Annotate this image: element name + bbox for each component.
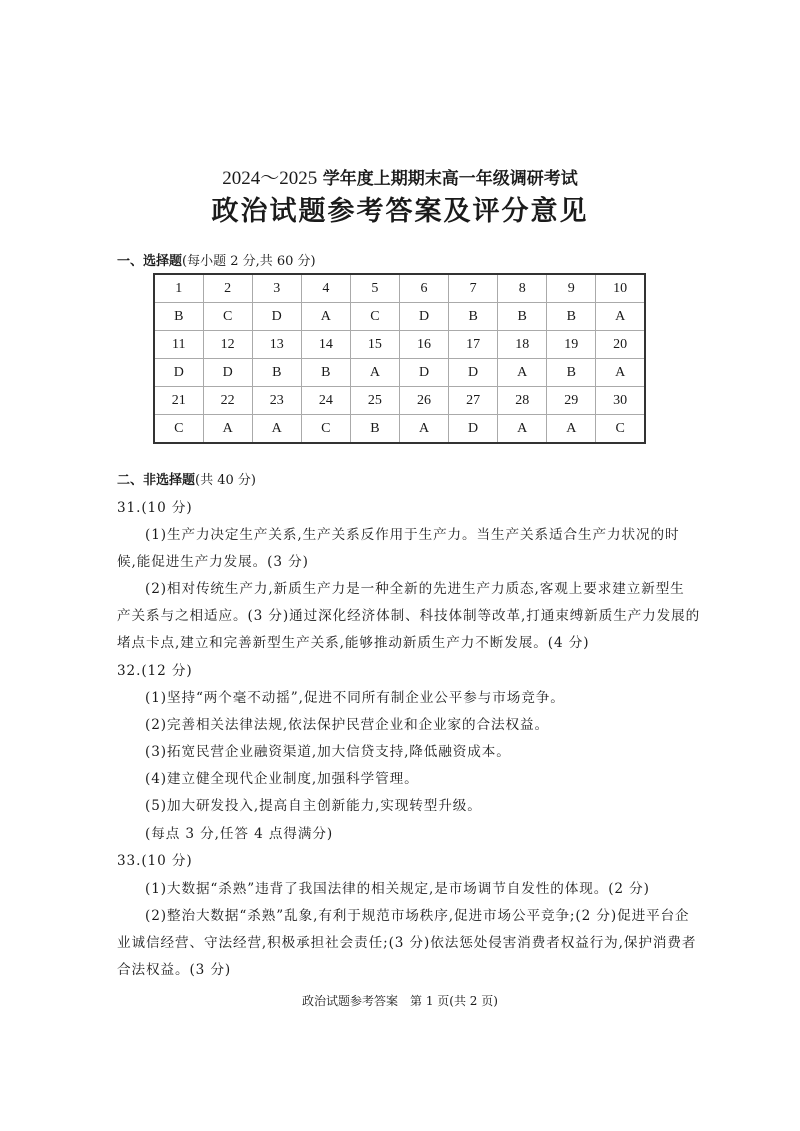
answer-cell: B bbox=[547, 359, 596, 387]
question-number: 4 bbox=[301, 274, 350, 303]
answer-cell: A bbox=[596, 303, 645, 331]
answer-cell: C bbox=[350, 303, 399, 331]
answer-cell: A bbox=[350, 359, 399, 387]
question-number: 30 bbox=[596, 387, 645, 415]
question-number: 5 bbox=[350, 274, 399, 303]
answer-paragraph: (3)拓宽民营企业融资渠道,加大信贷支持,降低融资成本。 bbox=[145, 743, 511, 761]
table-row-numbers: 21 22 23 24 25 26 27 28 29 30 bbox=[154, 387, 645, 415]
question-number: 12 bbox=[203, 331, 252, 359]
question-number: 29 bbox=[547, 387, 596, 415]
answer-cell: A bbox=[252, 415, 301, 444]
table-row-numbers: 1 2 3 4 5 6 7 8 9 10 bbox=[154, 274, 645, 303]
answer-cell: D bbox=[449, 359, 498, 387]
scoring-note: (每点 3 分,任答 4 点得满分) bbox=[145, 825, 333, 843]
exam-subtitle: 2024～2025 学年度上期期末高一年级调研考试 bbox=[0, 168, 800, 190]
answer-paragraph: (2)整治大数据“杀熟”乱象,有利于规范市场秩序,促进市场公平竞争;(2 分)促… bbox=[145, 907, 690, 925]
section1-note: (每小题 2 分,共 60 分) bbox=[182, 254, 316, 269]
answer-paragraph: (2)相对传统生产力,新质生产力是一种全新的先进生产力质态,客观上要求建立新型生 bbox=[145, 580, 685, 598]
question-number: 11 bbox=[154, 331, 203, 359]
answer-cell: C bbox=[301, 415, 350, 444]
answer-cell: B bbox=[350, 415, 399, 444]
table-row-numbers: 11 12 13 14 15 16 17 18 19 20 bbox=[154, 331, 645, 359]
answer-paragraph: 产关系与之相适应。(3 分)通过深化经济体制、科技体制等改革,打通束缚新质生产力… bbox=[117, 607, 700, 625]
answer-paragraph: (1)生产力决定生产关系,生产关系反作用于生产力。当生产关系适合生产力状况的时 bbox=[145, 526, 679, 544]
question-number: 17 bbox=[449, 331, 498, 359]
section2-heading: 二、非选择题(共 40 分) bbox=[117, 472, 256, 490]
answer-cell: D bbox=[154, 359, 203, 387]
answer-paragraph: (1)大数据“杀熟”违背了我国法律的相关规定,是市场调节自发性的体现。(2 分) bbox=[145, 880, 650, 898]
question-number: 1 bbox=[154, 274, 203, 303]
answer-cell: A bbox=[498, 359, 547, 387]
answer-paragraph: (1)坚持“两个毫不动摇”,促进不同所有制企业公平参与市场竞争。 bbox=[145, 689, 565, 707]
question-number: 15 bbox=[350, 331, 399, 359]
answer-cell: D bbox=[399, 303, 448, 331]
section2-title: 二、非选择题 bbox=[117, 473, 195, 488]
question-33-label: 33.(10 分) bbox=[117, 852, 193, 870]
question-number: 18 bbox=[498, 331, 547, 359]
question-number: 21 bbox=[154, 387, 203, 415]
question-number: 7 bbox=[449, 274, 498, 303]
page-title: 政治试题参考答案及评分意见 bbox=[0, 194, 800, 230]
answer-cell: D bbox=[252, 303, 301, 331]
question-number: 13 bbox=[252, 331, 301, 359]
answer-cell: D bbox=[203, 359, 252, 387]
question-number: 9 bbox=[547, 274, 596, 303]
answer-cell: A bbox=[399, 415, 448, 444]
year-range: 2024～2025 bbox=[222, 168, 317, 189]
question-number: 19 bbox=[547, 331, 596, 359]
question-number: 10 bbox=[596, 274, 645, 303]
answer-cell: A bbox=[547, 415, 596, 444]
answer-cell: D bbox=[399, 359, 448, 387]
answer-paragraph: (5)加大研发投入,提高自主创新能力,实现转型升级。 bbox=[145, 797, 482, 815]
question-number: 25 bbox=[350, 387, 399, 415]
answer-paragraph: (2)完善相关法律法规,依法保护民营企业和企业家的合法权益。 bbox=[145, 716, 549, 734]
question-number: 20 bbox=[596, 331, 645, 359]
question-31-label: 31.(10 分) bbox=[117, 499, 193, 517]
answer-cell: C bbox=[596, 415, 645, 444]
table-row-answers: D D B B A D D A B A bbox=[154, 359, 645, 387]
question-number: 3 bbox=[252, 274, 301, 303]
answer-cell: B bbox=[252, 359, 301, 387]
question-number: 26 bbox=[399, 387, 448, 415]
answer-paragraph: 候,能促进生产力发展。(3 分) bbox=[117, 553, 309, 571]
question-number: 6 bbox=[399, 274, 448, 303]
section1-heading: 一、选择题(每小题 2 分,共 60 分) bbox=[117, 253, 316, 271]
answer-cell: C bbox=[154, 415, 203, 444]
answer-paragraph: (4)建立健全现代企业制度,加强科学管理。 bbox=[145, 770, 419, 788]
answer-cell: B bbox=[449, 303, 498, 331]
answer-table: 1 2 3 4 5 6 7 8 9 10 B C D A C D B B B A… bbox=[153, 273, 646, 444]
answer-cell: D bbox=[449, 415, 498, 444]
answer-cell: A bbox=[498, 415, 547, 444]
answer-cell: B bbox=[154, 303, 203, 331]
question-number: 22 bbox=[203, 387, 252, 415]
answer-cell: C bbox=[203, 303, 252, 331]
answer-cell: A bbox=[301, 303, 350, 331]
question-number: 23 bbox=[252, 387, 301, 415]
answer-cell: B bbox=[547, 303, 596, 331]
answer-paragraph: 合法权益。(3 分) bbox=[117, 961, 231, 979]
table-row-answers: B C D A C D B B B A bbox=[154, 303, 645, 331]
question-number: 24 bbox=[301, 387, 350, 415]
section1-title: 一、选择题 bbox=[117, 254, 182, 269]
answer-cell: A bbox=[203, 415, 252, 444]
question-number: 8 bbox=[498, 274, 547, 303]
question-number: 2 bbox=[203, 274, 252, 303]
answer-cell: A bbox=[596, 359, 645, 387]
question-32-label: 32.(12 分) bbox=[117, 662, 193, 680]
section2-note: (共 40 分) bbox=[195, 473, 256, 488]
answer-paragraph: 业诚信经营、守法经营,积极承担社会责任;(3 分)依法惩处侵害消费者权益行为,保… bbox=[117, 934, 696, 952]
answer-cell: B bbox=[498, 303, 547, 331]
table-row-answers: C A A C B A D A A C bbox=[154, 415, 645, 444]
answer-paragraph: 堵点卡点,建立和完善新型生产关系,能够推动新质生产力不断发展。(4 分) bbox=[117, 634, 589, 652]
question-number: 28 bbox=[498, 387, 547, 415]
answer-cell: B bbox=[301, 359, 350, 387]
question-number: 16 bbox=[399, 331, 448, 359]
page-footer: 政治试题参考答案 第 1 页(共 2 页) bbox=[0, 993, 800, 1009]
question-number: 27 bbox=[449, 387, 498, 415]
exam-name: 学年度上期期末高一年级调研考试 bbox=[323, 169, 578, 189]
question-number: 14 bbox=[301, 331, 350, 359]
